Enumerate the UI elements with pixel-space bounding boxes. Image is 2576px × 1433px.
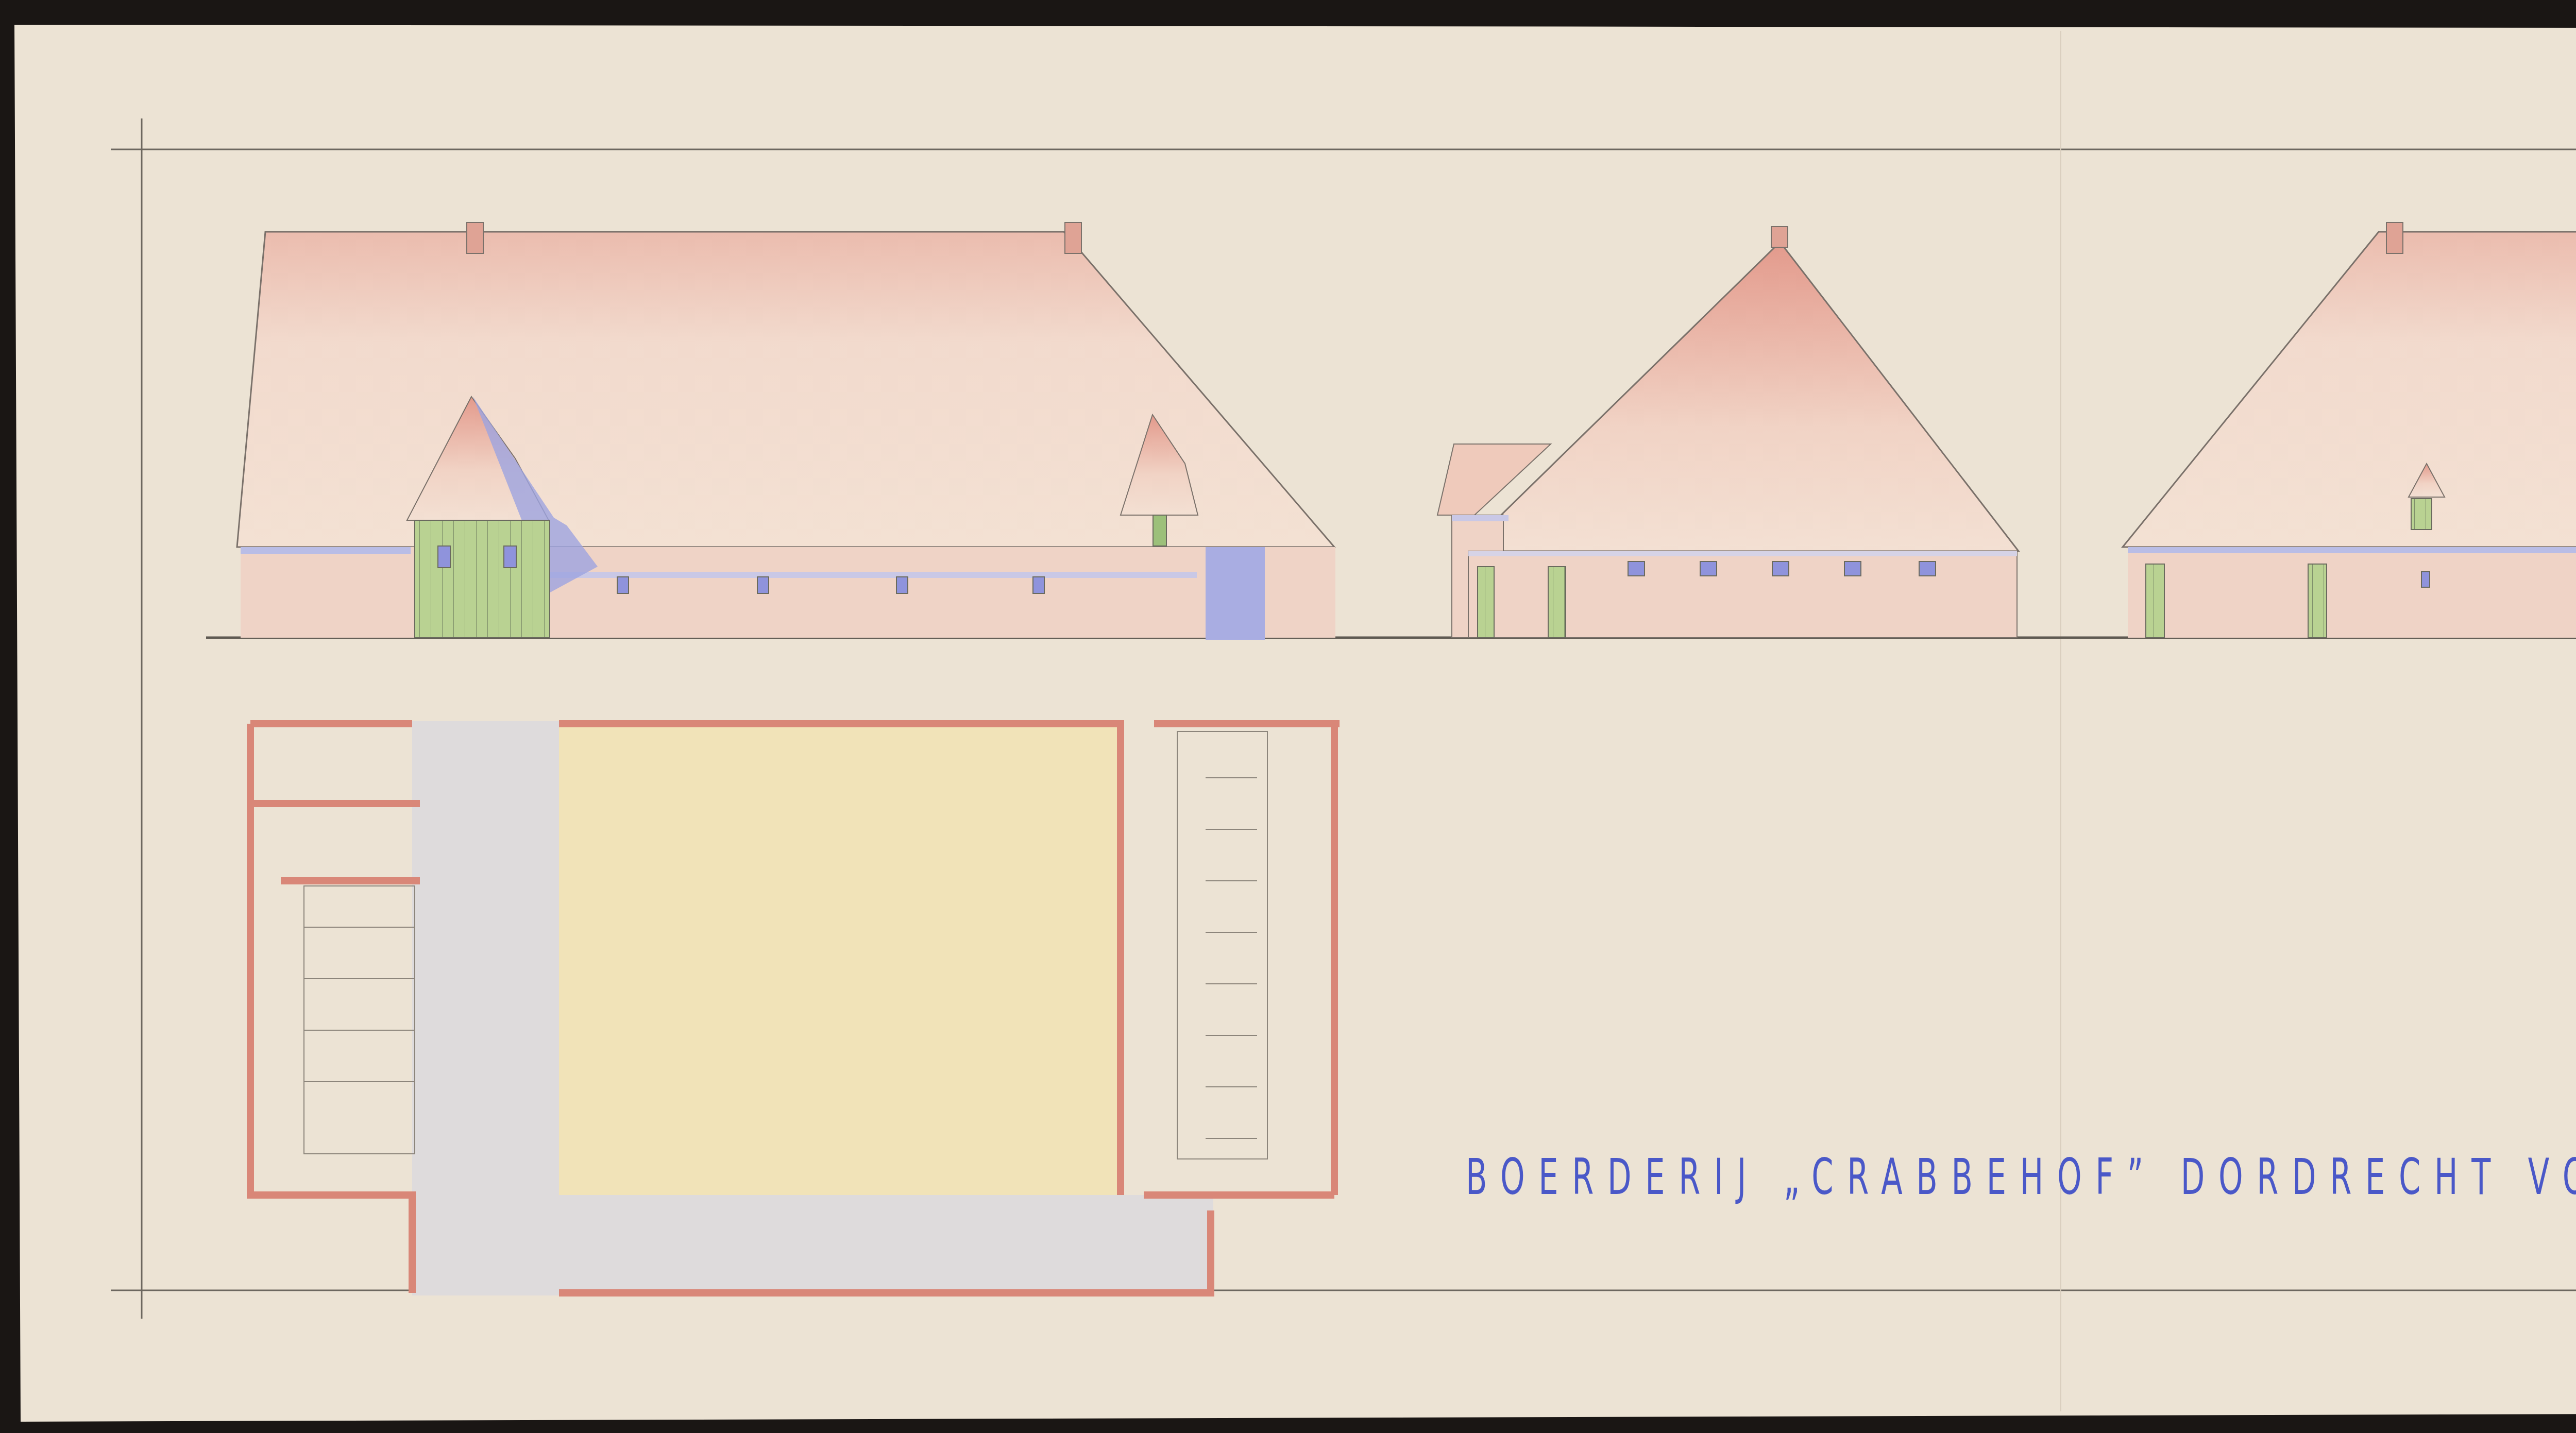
window-icon bbox=[1153, 515, 1166, 546]
drawing-sheet: BOERDERIJ „CRABBEHOF” DORDRECHT VOORSTEL… bbox=[0, 0, 2576, 1433]
drawing-title: BOERDERIJ „CRABBEHOF” DORDRECHT VOORSTEL… bbox=[1466, 1148, 2576, 1206]
chimney-icon bbox=[467, 223, 483, 253]
window-icon bbox=[438, 546, 450, 568]
barn-door bbox=[2146, 564, 2164, 638]
chimney-icon bbox=[1771, 227, 1788, 247]
dormer-icon bbox=[2411, 499, 2432, 530]
barn-door bbox=[415, 520, 550, 638]
chimney-icon bbox=[2386, 223, 2403, 253]
chimney-icon bbox=[1065, 223, 1081, 253]
barn-door bbox=[2308, 564, 2327, 638]
window-icon bbox=[2421, 572, 2430, 587]
window-icon bbox=[504, 546, 516, 568]
barn-door bbox=[1548, 567, 1566, 638]
barn-door bbox=[1478, 567, 1494, 638]
